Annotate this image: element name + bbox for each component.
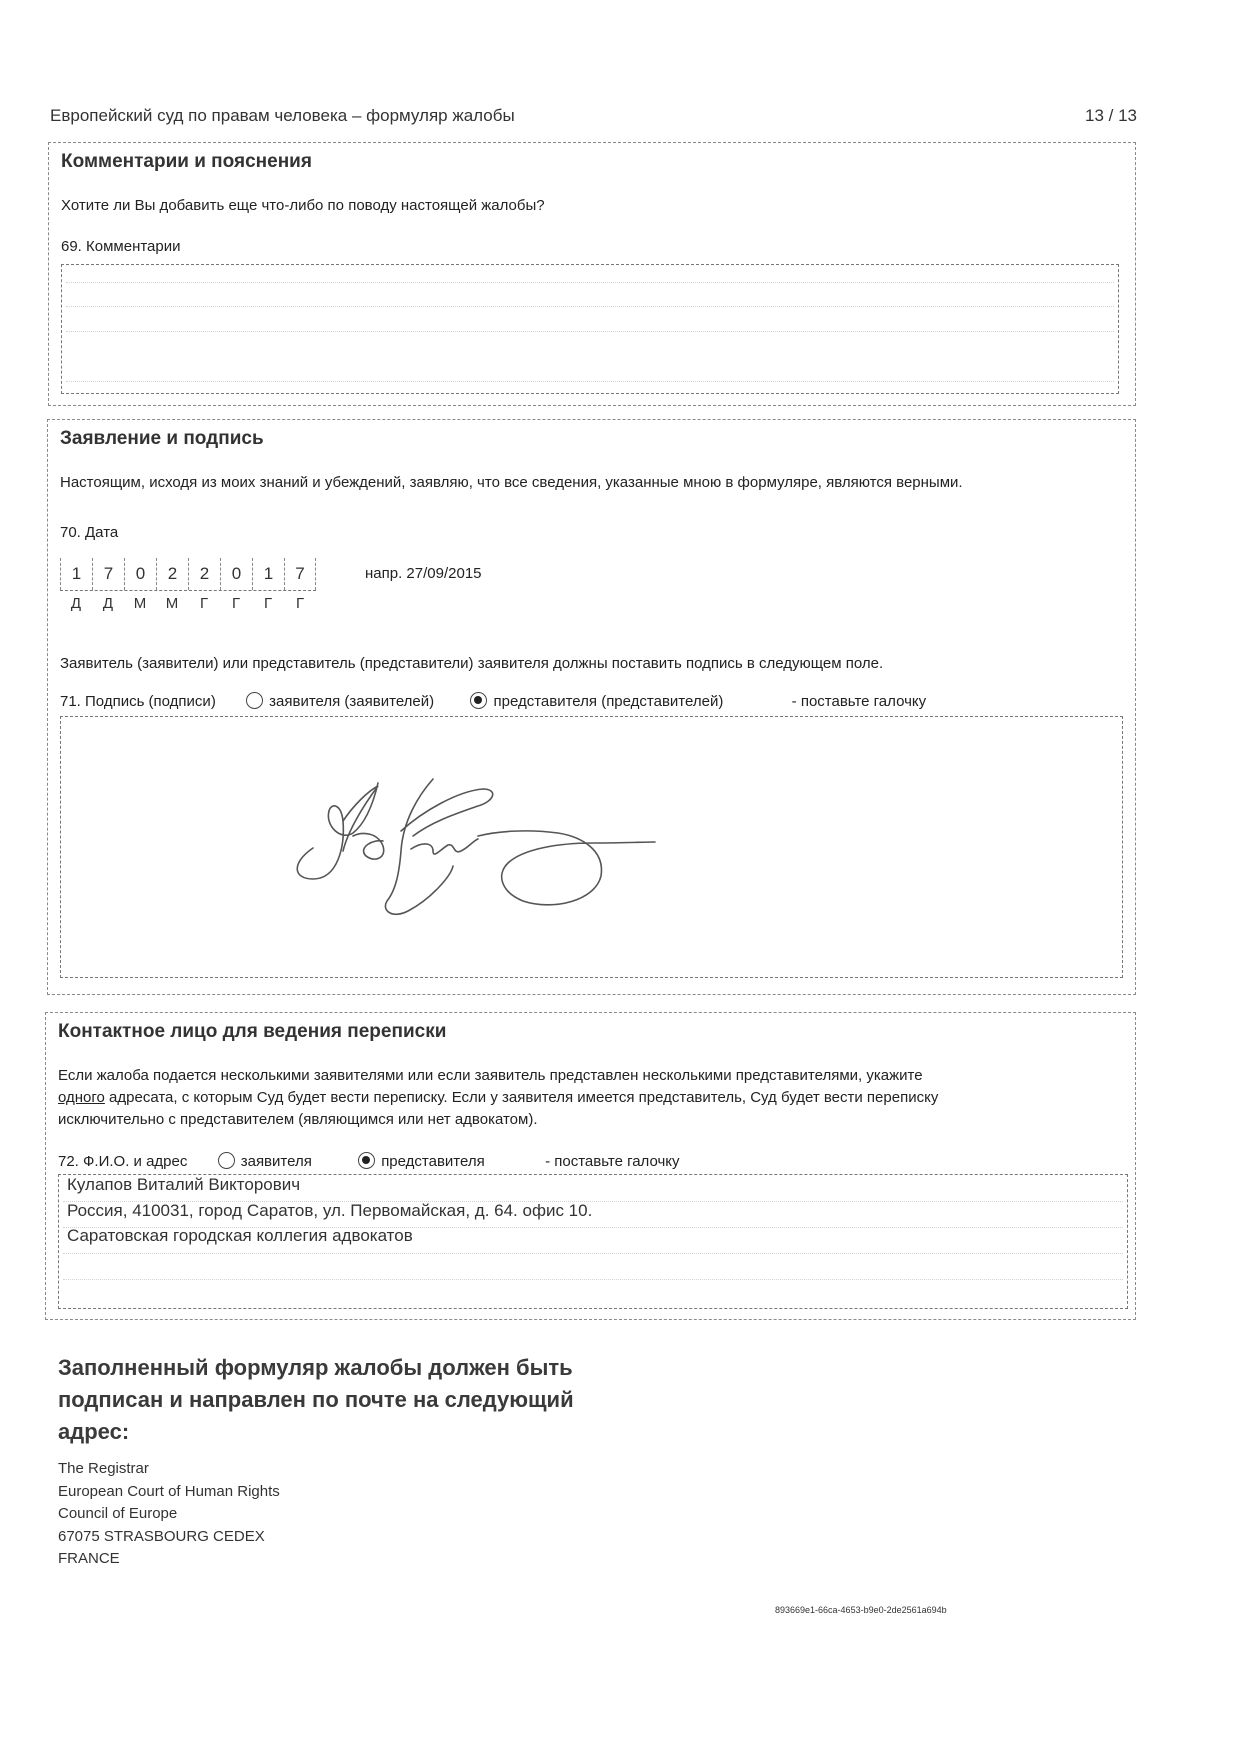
date-format-label: М (156, 595, 188, 612)
address-line: 67075 STRASBOURG CEDEX (58, 1526, 280, 1549)
contact-instruction: Если жалоба подается несколькими заявите… (58, 1065, 1128, 1131)
date-digit-cell[interactable]: 2 (156, 558, 188, 590)
tick-hint: - поставьте галочку (792, 693, 926, 710)
instruction-text: адресата, с которым Суд будет вести пере… (105, 1089, 938, 1106)
date-format-labels: ДДММГГГГ (60, 595, 316, 612)
signature-instruction: Заявитель (заявители) или представитель … (60, 655, 883, 672)
page-number: 13 / 13 (1085, 106, 1137, 126)
address-line: The Registrar (58, 1458, 280, 1481)
address-line: FRANCE (58, 1548, 280, 1571)
signature-row: 71. Подпись (подписи) заявителя (заявите… (60, 692, 926, 710)
instruction-line: одного адресата, с которым Суд будет вес… (58, 1087, 1128, 1109)
date-format-label: Г (252, 595, 284, 612)
radio-unchecked-icon (218, 1152, 235, 1169)
radio-representative-label: представителя (381, 1153, 485, 1170)
address-line: European Court of Human Rights (58, 1481, 280, 1504)
contact-section: Контактное лицо для ведения переписки Ес… (45, 1012, 1136, 1320)
date-digit-cell[interactable]: 0 (220, 558, 252, 590)
declaration-section: Заявление и подпись Настоящим, исходя из… (47, 419, 1136, 995)
contact-field-label: 72. Ф.И.О. и адрес (58, 1153, 187, 1170)
date-format-label: Г (188, 595, 220, 612)
comments-field-label: 69. Комментарии (61, 238, 181, 255)
comments-question: Хотите ли Вы добавить еще что-либо по по… (61, 197, 545, 214)
date-digit-cell[interactable]: 0 (124, 558, 156, 590)
date-digit-cell[interactable]: 2 (188, 558, 220, 590)
radio-representative-label: представителя (представителей) (493, 693, 723, 710)
radio-applicant[interactable]: заявителя (заявителей) (246, 693, 434, 710)
comments-section: Комментарии и пояснения Хотите ли Вы доб… (48, 142, 1136, 406)
instruction-line: исключительно с представителем (являющим… (58, 1109, 1128, 1131)
instruction-line: Если жалоба подается несколькими заявите… (58, 1065, 1128, 1087)
underlined-word: одного (58, 1089, 105, 1106)
date-format-label: Д (60, 595, 92, 612)
date-format-label: Г (284, 595, 316, 612)
date-digit-cell[interactable]: 1 (252, 558, 284, 590)
registrar-address: The RegistrarEuropean Court of Human Rig… (58, 1458, 280, 1571)
radio-applicant-label: заявителя (241, 1153, 312, 1170)
contact-row: 72. Ф.И.О. и адрес заявителя представите… (58, 1152, 680, 1170)
signature-field[interactable] (60, 716, 1123, 978)
date-digit-cell[interactable]: 7 (92, 558, 124, 590)
comments-input[interactable] (61, 264, 1119, 394)
radio-applicant[interactable]: заявителя (218, 1153, 312, 1170)
date-digit-cell[interactable]: 7 (284, 558, 316, 590)
date-format-label: Г (220, 595, 252, 612)
section-title: Контактное лицо для ведения переписки (58, 1021, 446, 1043)
section-title: Комментарии и пояснения (61, 151, 312, 173)
address-line: Саратовская городская коллегия адвокатов (67, 1226, 413, 1246)
document-header-title: Европейский суд по правам человека – фор… (50, 106, 515, 126)
section-title: Заявление и подпись (60, 428, 264, 450)
contact-address-field[interactable]: Кулапов Виталий Викторович Россия, 41003… (58, 1174, 1128, 1309)
tick-hint: - поставьте галочку (545, 1153, 679, 1170)
address-line: Council of Europe (58, 1503, 280, 1526)
address-line: Кулапов Виталий Викторович (67, 1175, 300, 1195)
date-label: 70. Дата (60, 524, 118, 541)
date-format-label: Д (92, 595, 124, 612)
date-example: напр. 27/09/2015 (365, 565, 482, 582)
mailing-instruction-title: Заполненный формуляр жалобы должен быть … (58, 1352, 578, 1448)
radio-checked-icon (470, 692, 487, 709)
document-id: 893669e1-66ca-4653-b9e0-2de2561a694b (775, 1605, 947, 1615)
radio-representative[interactable]: представителя (358, 1153, 485, 1170)
date-field[interactable]: 17022017 (60, 558, 316, 591)
radio-applicant-label: заявителя (заявителей) (269, 693, 434, 710)
radio-unchecked-icon (246, 692, 263, 709)
date-digit-cell[interactable]: 1 (60, 558, 92, 590)
declaration-statement: Настоящим, исходя из моих знаний и убежд… (60, 474, 963, 491)
address-line: Россия, 410031, город Саратов, ул. Перво… (67, 1201, 592, 1221)
date-format-label: М (124, 595, 156, 612)
radio-checked-icon (358, 1152, 375, 1169)
signature-label: 71. Подпись (подписи) (60, 693, 216, 710)
radio-representative[interactable]: представителя (представителей) (470, 693, 723, 710)
handwritten-signature-icon (283, 751, 663, 931)
